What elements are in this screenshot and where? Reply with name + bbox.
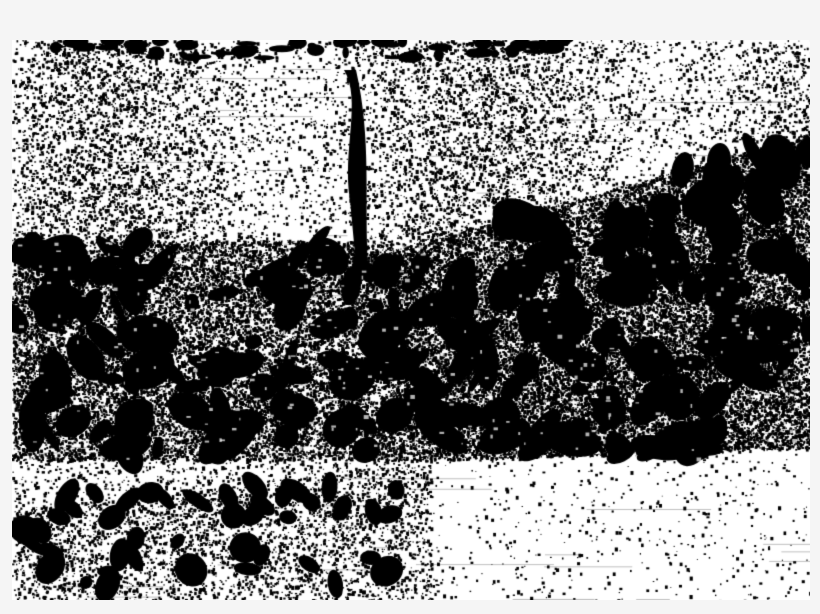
texture-canvas [12,40,810,600]
image-canvas-area: Black and white grunge texture with a da… [0,0,820,614]
grunge-texture-image [12,40,810,600]
image-description: Black and white grunge texture with a da… [0,0,1,1]
